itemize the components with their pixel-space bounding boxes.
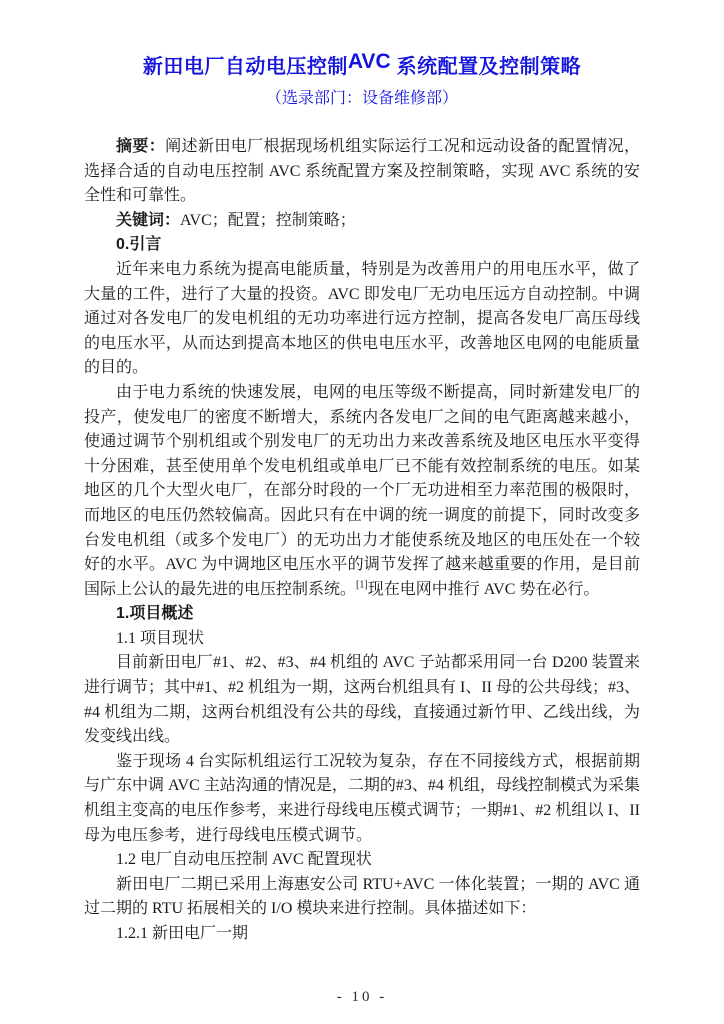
subsection-heading-1-1: 1.1 项目现状	[84, 627, 640, 652]
document-body: 摘要：阐述新田电厂根据现场机组实际运行工况和远动设备的配置情况，选择合适的自动电…	[0, 110, 724, 947]
document-page: 新田电厂自动电压控制AVC 系统配置及控制策略 （选录部门：设备维修部） 摘要：…	[0, 0, 724, 1024]
abstract-paragraph: 摘要：阐述新田电厂根据现场机组实际运行工况和远动设备的配置情况，选择合适的自动电…	[84, 135, 640, 209]
paragraph-intro-2-tail: 现在电网中推行 AVC 势在必行。	[368, 581, 600, 598]
abstract-label: 摘要：	[116, 138, 165, 155]
paragraph-1-1-b: 鉴于现场 4 台实际机组运行工况较为复杂，存在不同接线方式，根据前期与广东中调 …	[84, 750, 640, 848]
section-heading-0-intro: 0.引言	[84, 233, 640, 258]
citation-ref-1: [1]	[356, 579, 368, 590]
page-number: - 10 -	[337, 989, 388, 1005]
keywords-label: 关键词：	[116, 212, 180, 229]
title-prefix: 新田电厂自动电压控制	[143, 56, 348, 78]
abstract-text: 阐述新田电厂根据现场机组实际运行工况和远动设备的配置情况，选择合适的自动电压控制…	[84, 138, 640, 204]
title-suffix: 系统配置及控制策略	[391, 56, 582, 78]
paragraph-1-1-a: 目前新田电厂#1、#2、#3、#4 机组的 AVC 子站都采用同一台 D200 …	[84, 651, 640, 749]
title-acronym: AVC	[348, 50, 391, 73]
document-header: 新田电厂自动电压控制AVC 系统配置及控制策略 （选录部门：设备维修部）	[0, 0, 724, 110]
keywords-text: AVC；配置；控制策略；	[180, 212, 356, 229]
paragraph-intro-1: 近年来电力系统为提高电能质量，特别是为改善用户的用电压水平，做了大量的工件，进行…	[84, 258, 640, 381]
section-heading-1-overview: 1.项目概述	[84, 602, 640, 627]
document-subtitle: （选录部门：设备维修部）	[0, 88, 724, 110]
document-title: 新田电厂自动电压控制AVC 系统配置及控制策略	[0, 52, 724, 82]
subsection-heading-1-2: 1.2 电厂自动电压控制 AVC 配置现状	[84, 848, 640, 873]
page-footer: - 10 -	[0, 989, 724, 1006]
subsection-heading-1-2-1: 1.2.1 新田电厂一期	[84, 922, 640, 947]
paragraph-intro-2: 由于电力系统的快速发展，电网的电压等级不断提高，同时新建发电厂的投产，使发电厂的…	[84, 381, 640, 602]
keywords-paragraph: 关键词：AVC；配置；控制策略；	[84, 209, 640, 234]
paragraph-intro-2-text: 由于电力系统的快速发展，电网的电压等级不断提高，同时新建发电厂的投产，使发电厂的…	[84, 384, 640, 598]
paragraph-1-2-a: 新田电厂二期已采用上海惠安公司 RTU+AVC 一体化装置；一期的 AVC 通过…	[84, 873, 640, 922]
